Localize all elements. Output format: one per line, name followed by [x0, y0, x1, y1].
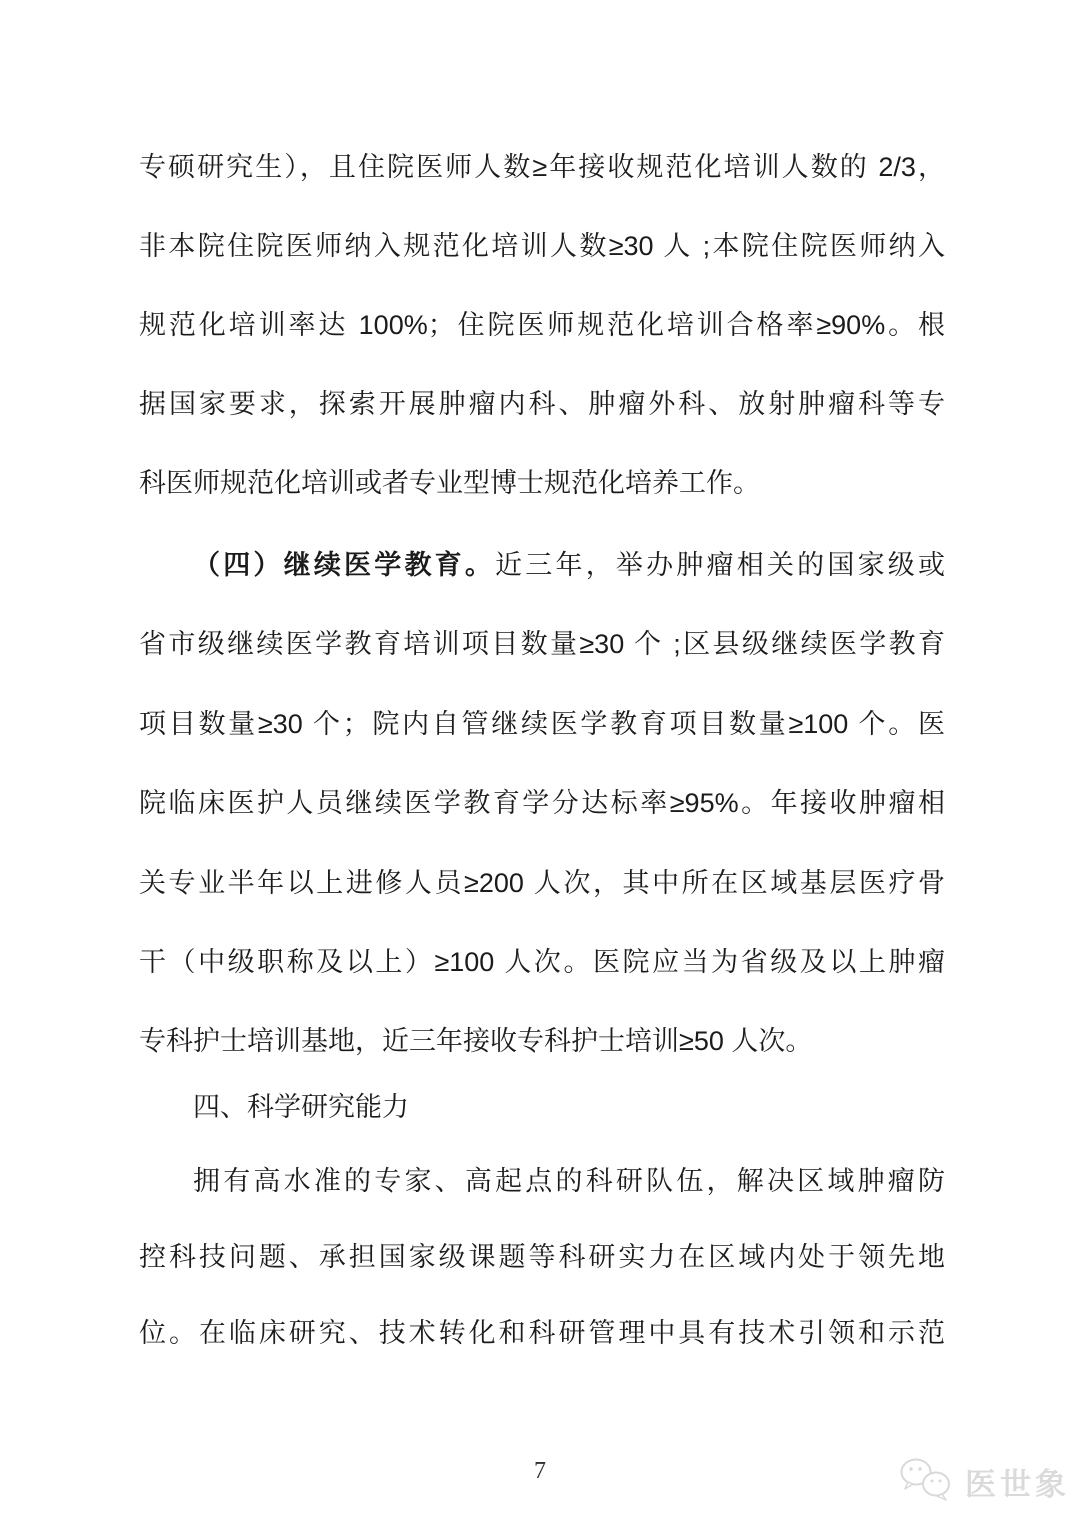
document-line: 据国家要求，探索开展肿瘤内科、肿瘤外科、放射肿瘤科等专	[139, 384, 945, 424]
document-line: 省市级继续医学教育培训项目数量≥30 个 ;区县级继续医学教育	[139, 624, 945, 664]
document-line: 控科技问题、承担国家级课题等科研实力在区域内处于领先地	[139, 1237, 945, 1277]
document-line: 关专业半年以上进修人员≥200 人次，其中所在区域基层医疗骨	[139, 863, 945, 903]
brand-watermark: 医世象	[898, 1456, 1070, 1507]
wechat-chat-bubbles-icon	[898, 1456, 956, 1507]
document-line: 科医师规范化培训或者专业型博士规范化培养工作。	[139, 463, 945, 503]
document-line: 非本院住院医师纳入规范化培训人数≥30 人 ;本院住院医师纳入	[139, 226, 945, 266]
document-line: 专科护士培训基地，近三年接收专科护士培训≥50 人次。	[139, 1021, 945, 1061]
brand-name: 医世象	[965, 1459, 1070, 1504]
document-line: 规范化培训率达 100%；住院医师规范化培训合格率≥90%。根	[139, 305, 945, 345]
document-line: 拥有高水准的专家、高起点的科研队伍，解决区域肿瘤防	[139, 1161, 945, 1201]
document-page: 专硕研究生），且住院医师人数≥年接收规范化培训人数的 2/3， 非本院住院医师纳…	[0, 0, 1080, 1526]
subsection-heading: （四）继续医学教育。	[193, 550, 495, 580]
document-line: 院临床医护人员继续医学教育学分达标率≥95%。年接收肿瘤相	[139, 783, 945, 823]
document-line-text: 近三年，举办肿瘤相关的国家级或	[495, 550, 945, 580]
document-line: 专硕研究生），且住院医师人数≥年接收规范化培训人数的 2/3，	[139, 147, 945, 187]
document-line: 项目数量≥30 个；院内自管继续医学教育项目数量≥100 个。医	[139, 704, 945, 744]
document-line: 位。在临床研究、技术转化和科研管理中具有技术引领和示范	[139, 1313, 945, 1353]
document-line-section-4-start: （四）继续医学教育。近三年，举办肿瘤相关的国家级或	[139, 545, 945, 585]
section-heading: 四、科学研究能力	[139, 1087, 945, 1127]
document-line: 干（中级职称及以上）≥100 人次。医院应当为省级及以上肿瘤	[139, 942, 945, 982]
